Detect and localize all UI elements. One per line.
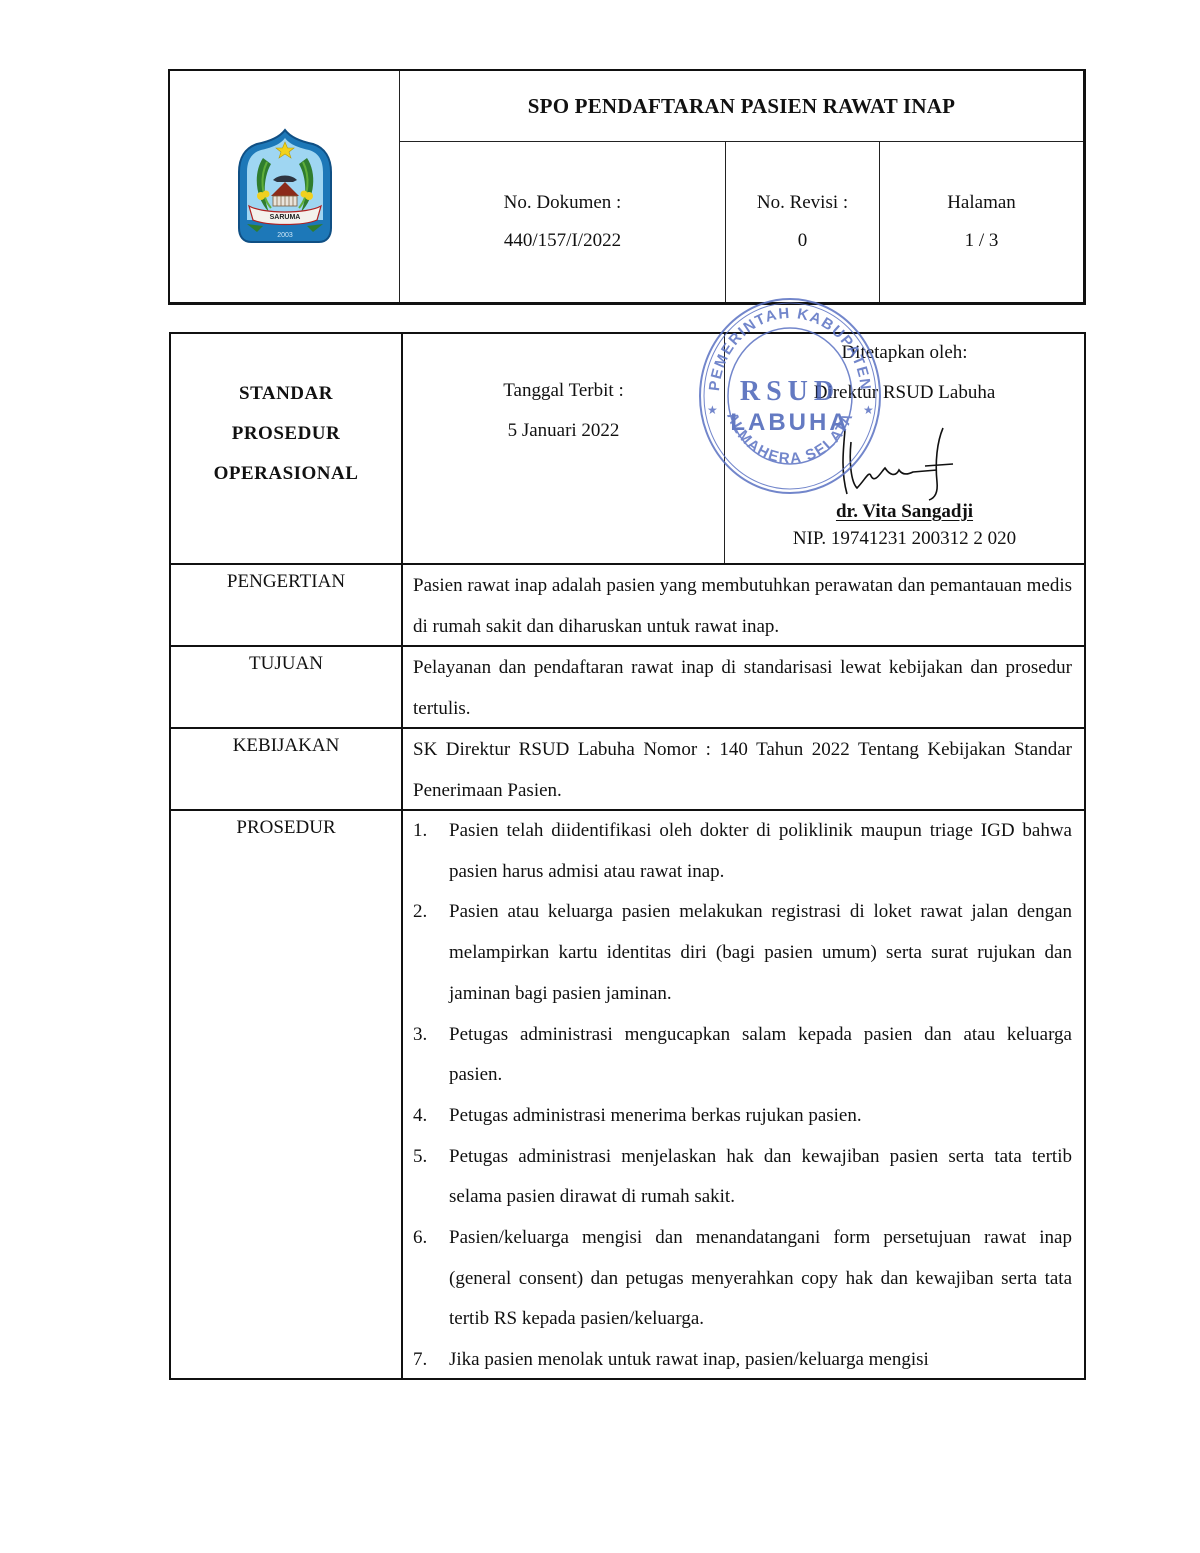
step-number: 7. xyxy=(413,1340,427,1381)
svg-text:2003: 2003 xyxy=(277,232,293,239)
issue-date-cell: Tanggal Terbit : 5 Januari 2022 xyxy=(403,334,725,563)
document-page: SARUMA 2003 SPO PENDAFTARAN PASIEN RAWAT… xyxy=(0,0,1200,1553)
step-text: Pasien telah diidentifikasi oleh dokter … xyxy=(449,820,1072,882)
signatory-nip: NIP. 19741231 200312 2 020 xyxy=(725,525,1084,553)
document-title: SPO PENDAFTARAN PASIEN RAWAT INAP xyxy=(400,71,1083,142)
step-number: 3. xyxy=(413,1015,427,1056)
step-text: Petugas administrasi menjelaskan hak dan… xyxy=(449,1146,1072,1208)
revision-value: 0 xyxy=(798,222,808,260)
svg-text:SARUMA: SARUMA xyxy=(269,214,300,221)
signatory-position: Direktur RSUD Labuha xyxy=(725,378,1084,408)
definition-row: PENGERTIAN Pasien rawat inap adalah pasi… xyxy=(171,565,1084,647)
step-number: 2. xyxy=(413,892,427,933)
procedure-step: 4.Petugas administrasi menerima berkas r… xyxy=(413,1096,1072,1137)
objective-text: Pelayanan dan pendaftaran rawat inap di … xyxy=(403,647,1084,727)
sop-approval-row: STANDAR PROSEDUR OPERASIONAL Tanggal Ter… xyxy=(171,334,1084,565)
step-text: Petugas administrasi mengucapkan salam k… xyxy=(449,1024,1072,1086)
signatory-name: dr. Vita Sangadji xyxy=(725,498,1084,526)
procedure-steps-cell: 1.Pasien telah diidentifikasi oleh dokte… xyxy=(403,811,1084,1378)
step-text: Petugas administrasi menerima berkas ruj… xyxy=(449,1105,862,1126)
document-header-table: SARUMA 2003 SPO PENDAFTARAN PASIEN RAWAT… xyxy=(168,69,1086,305)
procedure-step: 1.Pasien telah diidentifikasi oleh dokte… xyxy=(413,811,1072,892)
regency-coat-of-arms-icon: SARUMA 2003 xyxy=(233,128,337,246)
procedure-step: 2.Pasien atau keluarga pasien melakukan … xyxy=(413,892,1072,1014)
step-number: 6. xyxy=(413,1218,427,1259)
step-text: Pasien/keluarga mengisi dan menandatanga… xyxy=(449,1227,1072,1329)
revision-label: No. Revisi : xyxy=(757,184,848,222)
definition-text: Pasien rawat inap adalah pasien yang mem… xyxy=(403,565,1084,645)
step-number: 1. xyxy=(413,811,427,852)
issue-date-value: 5 Januari 2022 xyxy=(403,411,724,451)
policy-row: KEBIJAKAN SK Direktur RSUD Labuha Nomor … xyxy=(171,729,1084,811)
document-number-value: 440/157/I/2022 xyxy=(504,222,621,260)
procedure-step: 5.Petugas administrasi menjelaskan hak d… xyxy=(413,1137,1072,1218)
issue-date-label: Tanggal Terbit : xyxy=(403,371,724,411)
procedure-row: PROSEDUR 1.Pasien telah diidentifikasi o… xyxy=(171,811,1084,1378)
page-label: Halaman xyxy=(947,184,1016,222)
policy-label: KEBIJAKAN xyxy=(171,729,403,809)
procedure-steps-list: 1.Pasien telah diidentifikasi oleh dokte… xyxy=(413,811,1072,1381)
set-by-label: Ditetapkan oleh: xyxy=(725,338,1084,368)
sop-label-line: STANDAR xyxy=(171,374,401,414)
step-number: 5. xyxy=(413,1137,427,1178)
document-number-label: No. Dokumen : xyxy=(504,184,622,222)
procedure-step: 6.Pasien/keluarga mengisi dan menandatan… xyxy=(413,1218,1072,1340)
page-value: 1 / 3 xyxy=(965,222,999,260)
document-number-cell: No. Dokumen : 440/157/I/2022 xyxy=(400,142,726,302)
objective-row: TUJUAN Pelayanan dan pendaftaran rawat i… xyxy=(171,647,1084,729)
step-number: 4. xyxy=(413,1096,427,1137)
sop-label-line: OPERASIONAL xyxy=(171,454,401,494)
logo-cell: SARUMA 2003 xyxy=(170,71,400,302)
procedure-step: 3.Petugas administrasi mengucapkan salam… xyxy=(413,1015,1072,1096)
objective-label: TUJUAN xyxy=(171,647,403,727)
procedure-step: 7.Jika pasien menolak untuk rawat inap, … xyxy=(413,1340,1072,1381)
sop-content-table: STANDAR PROSEDUR OPERASIONAL Tanggal Ter… xyxy=(169,332,1086,1380)
signature-icon xyxy=(825,422,965,502)
definition-label: PENGERTIAN xyxy=(171,565,403,645)
approval-cell: Ditetapkan oleh: Direktur RSUD Labuha dr… xyxy=(725,334,1084,563)
step-text: Jika pasien menolak untuk rawat inap, pa… xyxy=(449,1349,929,1370)
sop-type-label: STANDAR PROSEDUR OPERASIONAL xyxy=(171,334,403,563)
revision-cell: No. Revisi : 0 xyxy=(726,142,880,302)
step-text: Pasien atau keluarga pasien melakukan re… xyxy=(449,901,1072,1003)
sop-label-line: PROSEDUR xyxy=(171,414,401,454)
procedure-label: PROSEDUR xyxy=(171,811,403,1378)
page-cell: Halaman 1 / 3 xyxy=(880,142,1083,302)
policy-text: SK Direktur RSUD Labuha Nomor : 140 Tahu… xyxy=(403,729,1084,809)
